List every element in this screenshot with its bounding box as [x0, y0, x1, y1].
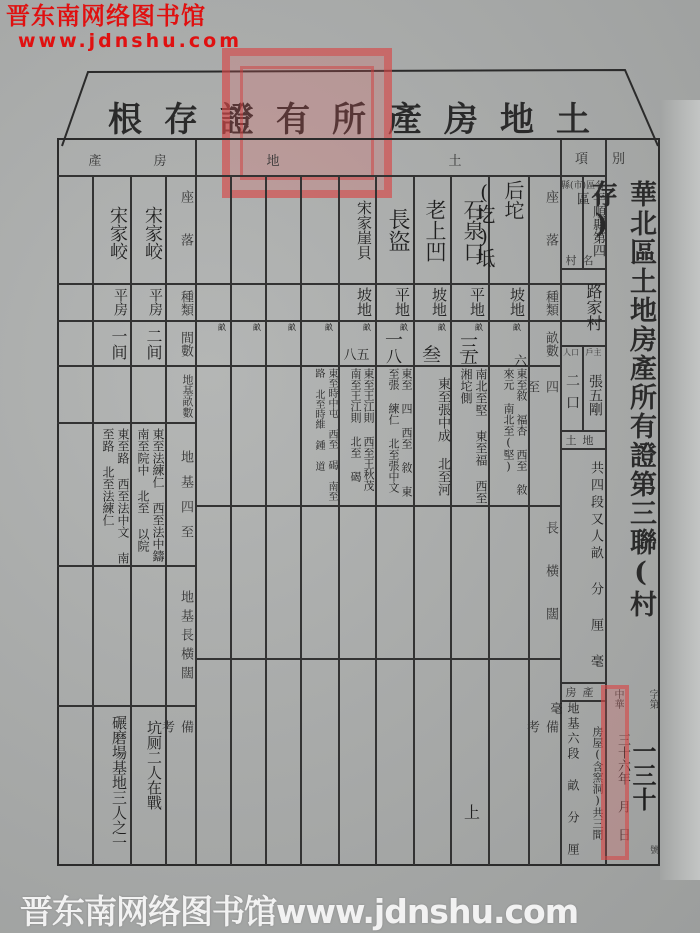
- date-red-seal: [601, 685, 629, 860]
- parcel-3-location: 老上凹: [413, 180, 450, 280]
- house-2-boundaries: 東至路 西至法中文 南至路 北至法練仁: [92, 428, 130, 564]
- parcel-2-area-sub: 五: [450, 343, 488, 367]
- parcel-4-area-sub: 八: [375, 344, 413, 364]
- house-section-header-left: 產: [80, 150, 110, 169]
- land-label-dimensions: 長橫闊: [528, 520, 560, 650]
- certificate-main-text: 華北區土地房產所有證第三聯(村存): [605, 180, 660, 680]
- parcel-4-type: 平地: [375, 286, 413, 318]
- parcel-3-type: 坡地: [413, 286, 450, 318]
- persons-label: 人口: [560, 347, 582, 358]
- parcel-3-boundaries: 東至張中成 北至河: [413, 368, 450, 504]
- parcel-1-location: 后坨(圪)坻: [488, 180, 528, 280]
- area-unit-mark: 畝: [472, 322, 486, 333]
- house-label-foundation-boundaries: 地基四至: [165, 445, 195, 555]
- cert-suffix: 號: [640, 840, 660, 858]
- paper-torn-edge: [660, 100, 700, 880]
- watermark-top-cn: 晋东南网络图书馆: [6, 2, 242, 30]
- house-label: 房產: [560, 684, 605, 700]
- parcel-4-location: 長盜: [375, 180, 413, 280]
- house-1-location: 宋家峧: [130, 185, 165, 280]
- land-label-area: 畝數: [528, 325, 560, 363]
- parcel-6-boundaries: 東至時中屯 西至 碣 南至路 北至時維 鍾 道: [300, 368, 338, 504]
- land-label-type: 種類: [528, 288, 560, 318]
- house-label-location: 座落: [165, 188, 195, 278]
- parcel-2-location: 石泉口: [450, 180, 488, 280]
- area-unit-mark: 畝: [510, 322, 524, 333]
- house-1-rooms: 二间: [130, 325, 165, 363]
- land-label-location: 座落: [528, 188, 560, 278]
- house-label-foundation-dimensions: 地基長橫闊: [165, 575, 195, 700]
- house-1-remarks: 坑厕二人在戰: [130, 710, 165, 820]
- house-label-type: 種類: [165, 288, 195, 318]
- row-divider-house-dims: [57, 705, 195, 707]
- house-2-rooms: 一间: [92, 325, 130, 363]
- watermark-bottom: 晋东南网络图书馆www.jdnshu.com: [20, 886, 578, 933]
- area-unit-mark: 畝: [250, 322, 264, 333]
- parcel-5-location: 宋家崖貝: [338, 180, 375, 280]
- row-divider-house-boundaries: [57, 565, 195, 567]
- parcel-5-type: 坡地: [338, 286, 375, 318]
- house-2-type: 平房: [92, 286, 130, 318]
- row-divider-header: [57, 175, 605, 177]
- house-1-boundaries: 東至法練仁 西至法中鑄 南至院中 北至 以院: [130, 428, 165, 564]
- watermark-top-url: www.jdnshu.com: [6, 30, 242, 52]
- land-section-header-left: 地: [258, 150, 288, 169]
- area-unit-mark: 畝: [322, 322, 336, 333]
- item-heading: 項別: [560, 148, 650, 167]
- parcel-4-boundaries: 東至 四 西至 敘 東至張 練仁 北至張中文: [375, 368, 413, 504]
- house-label-remarks: 備考: [165, 720, 195, 850]
- col-line: [265, 175, 267, 865]
- cert-number-label: 字第: [640, 684, 660, 714]
- parcel-1-boundaries: 東至敘 福杏 西至 敘來元 南北至(堅): [488, 368, 528, 504]
- parcel-2-boundaries: 南北至堅 東至福 西至湘坨側: [450, 368, 488, 504]
- col-line: [300, 175, 302, 865]
- area-unit-mark: 畝: [435, 322, 449, 333]
- parcel-5-area: 八五: [338, 344, 375, 364]
- area-unit-mark: 畝: [215, 322, 229, 333]
- land-section-header-right: 土: [440, 150, 470, 169]
- parcel-5-boundaries: 東至王江則 西至王秋茂 南至王江則 北至 碣: [338, 368, 375, 504]
- house-label-rooms: 間數: [165, 325, 195, 363]
- stray-mark: 上: [462, 800, 482, 823]
- house-total: 地基六段 畝 分 厘 毫: [560, 702, 582, 864]
- watermark-top: 晋东南网络图书馆 www.jdnshu.com: [6, 2, 242, 52]
- cert-number: 一三十: [632, 720, 660, 830]
- house-label-foundation-area: 地基畝數: [165, 372, 195, 420]
- area-unit-mark: 畝: [285, 322, 299, 333]
- area-unit-mark: 畝: [397, 322, 411, 333]
- row-divider-land-dims: [195, 658, 560, 660]
- parcel-2-type: 平地: [450, 286, 488, 318]
- row-divider-land-boundaries: [195, 505, 560, 507]
- col-line: [195, 140, 197, 865]
- house-1-type: 平房: [130, 286, 165, 318]
- parcel-1-type: 坡地: [488, 286, 528, 318]
- house-section-header-right: 房: [145, 150, 175, 169]
- house-2-remarks: 碾磨場基地三人之一: [92, 710, 130, 855]
- parcel-1-area: 六: [488, 352, 528, 368]
- parcel-3-area: 叁: [413, 340, 450, 364]
- area-unit-mark: 畝: [360, 322, 374, 333]
- row-divider-house-foundation: [57, 422, 195, 424]
- col-line: [230, 175, 232, 865]
- house-2-location: 宋家峧: [92, 185, 130, 280]
- row-divider-location: [57, 283, 605, 285]
- persons-value: 二口: [560, 362, 582, 428]
- land-label-boundaries: 四至: [528, 380, 560, 500]
